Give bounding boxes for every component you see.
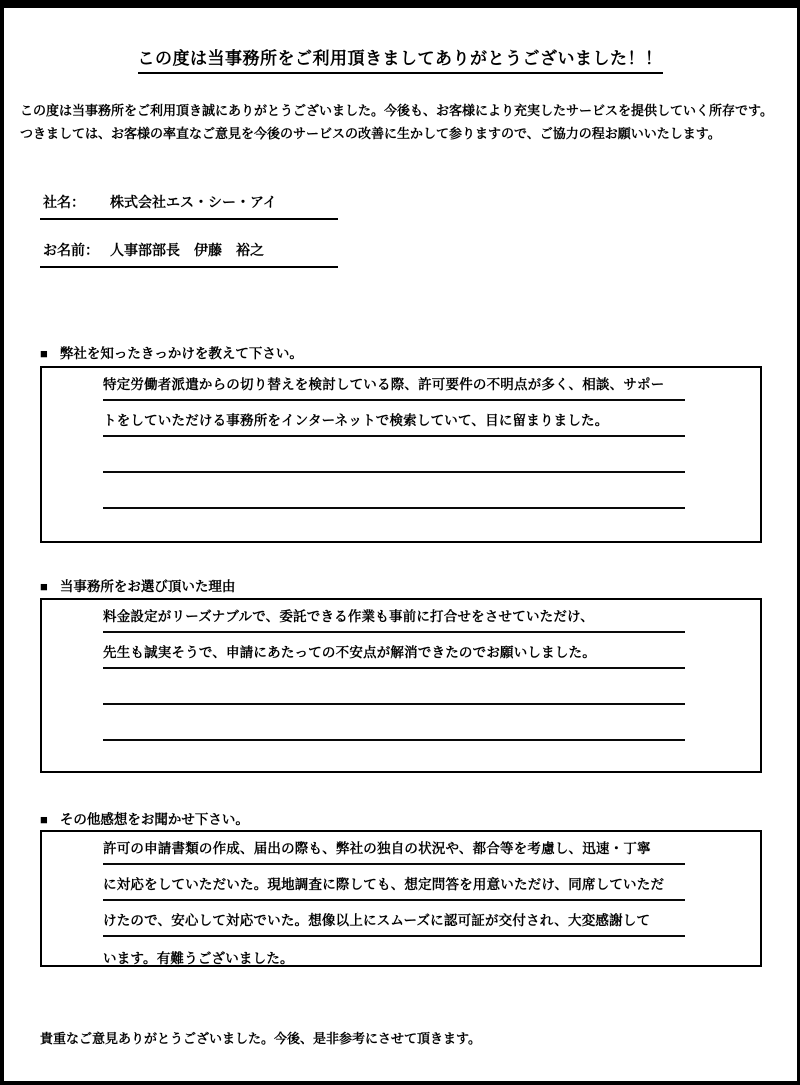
answer-line: 許可の申請書類の作成、届出の際も、弊社の独自の状況や、都合等を考慮し、迅速・丁寧	[103, 832, 685, 865]
intro-line-1: この度は当事務所をご利用頂き誠にありがとうございました。今後も、お客様により充実…	[20, 99, 784, 122]
answer-line: に対応をしていただいた。現地調査に際しても、想定問答を用意いただけ、同席していた…	[103, 865, 685, 901]
section-heading-3: ■その他感想をお聞かせ下さい。	[40, 808, 249, 828]
closing-note: 貴重なご意見ありがとうございました。今後、是非参考にさせて頂きます。	[40, 1028, 481, 1047]
company-label: 社名：	[43, 192, 110, 212]
square-bullet-icon: ■	[40, 579, 48, 594]
square-bullet-icon: ■	[40, 812, 48, 827]
form-title: この度は当事務所をご利用頂きましてありがとうございました！！	[138, 44, 663, 74]
section-heading-1: ■弊社を知ったきっかけを教えて下さい。	[40, 342, 303, 362]
answer-box-other-comments: 許可の申請書類の作成、届出の際も、弊社の独自の状況や、都合等を考慮し、迅速・丁寧…	[40, 830, 762, 967]
section-title-other-comments: その他感想をお聞かせ下さい。	[60, 812, 249, 827]
section-heading-2: ■当事務所をお選び頂いた理由	[40, 575, 235, 595]
answer-line: 料金設定がリーズナブルで、委託できる作業も事前に打合せをさせていただけ、	[103, 600, 685, 633]
name-label: お名前：	[43, 240, 110, 260]
company-field: 社名：株式会社エス・シー・アイ	[40, 190, 338, 220]
square-bullet-icon: ■	[40, 346, 48, 361]
answer-line: 特定労働者派遣からの切り替えを検討している際、許可要件の不明点が多く、相談、サポ…	[103, 368, 685, 401]
answer-line-empty	[103, 437, 685, 473]
answer-line-empty	[103, 705, 685, 741]
section-title-why-chosen: 当事務所をお選び頂いた理由	[60, 579, 236, 594]
answer-box-how-found: 特定労働者派遣からの切り替えを検討している際、許可要件の不明点が多く、相談、サポ…	[40, 366, 762, 543]
customer-feedback-form: この度は当事務所をご利用頂きましてありがとうございました！！ この度は当事務所を…	[0, 0, 800, 1085]
name-field: お名前：人事部部長 伊藤 裕之	[40, 238, 338, 268]
answer-line-empty	[103, 473, 685, 509]
title-row: この度は当事務所をご利用頂きましてありがとうございました！！	[0, 44, 800, 74]
answer-line: トをしていただける事務所をインターネットで検索していて、目に留まりました。	[103, 401, 685, 437]
intro-line-2: つきましては、お客様の率直なご意見を今後のサービスの改善に生かして参りますので、…	[20, 122, 784, 145]
answer-box-why-chosen: 料金設定がリーズナブルで、委託できる作業も事前に打合せをさせていただけ、 先生も…	[40, 598, 762, 773]
answer-line: 先生も誠実そうで、申請にあたっての不安点が解消できたのでお願いしました。	[103, 633, 685, 669]
company-value: 株式会社エス・シー・アイ	[110, 192, 277, 212]
answer-line-trailing: います。有難うございました。	[103, 937, 685, 967]
name-value: 人事部部長 伊藤 裕之	[110, 240, 264, 260]
answer-line: けたので、安心して対応でいた。想像以上にスムーズに認可証が交付され、大変感謝して	[103, 901, 685, 937]
section-title-how-found: 弊社を知ったきっかけを教えて下さい。	[60, 346, 303, 361]
intro-paragraph: この度は当事務所をご利用頂き誠にありがとうございました。今後も、お客様により充実…	[20, 99, 784, 145]
answer-line-empty	[103, 669, 685, 705]
